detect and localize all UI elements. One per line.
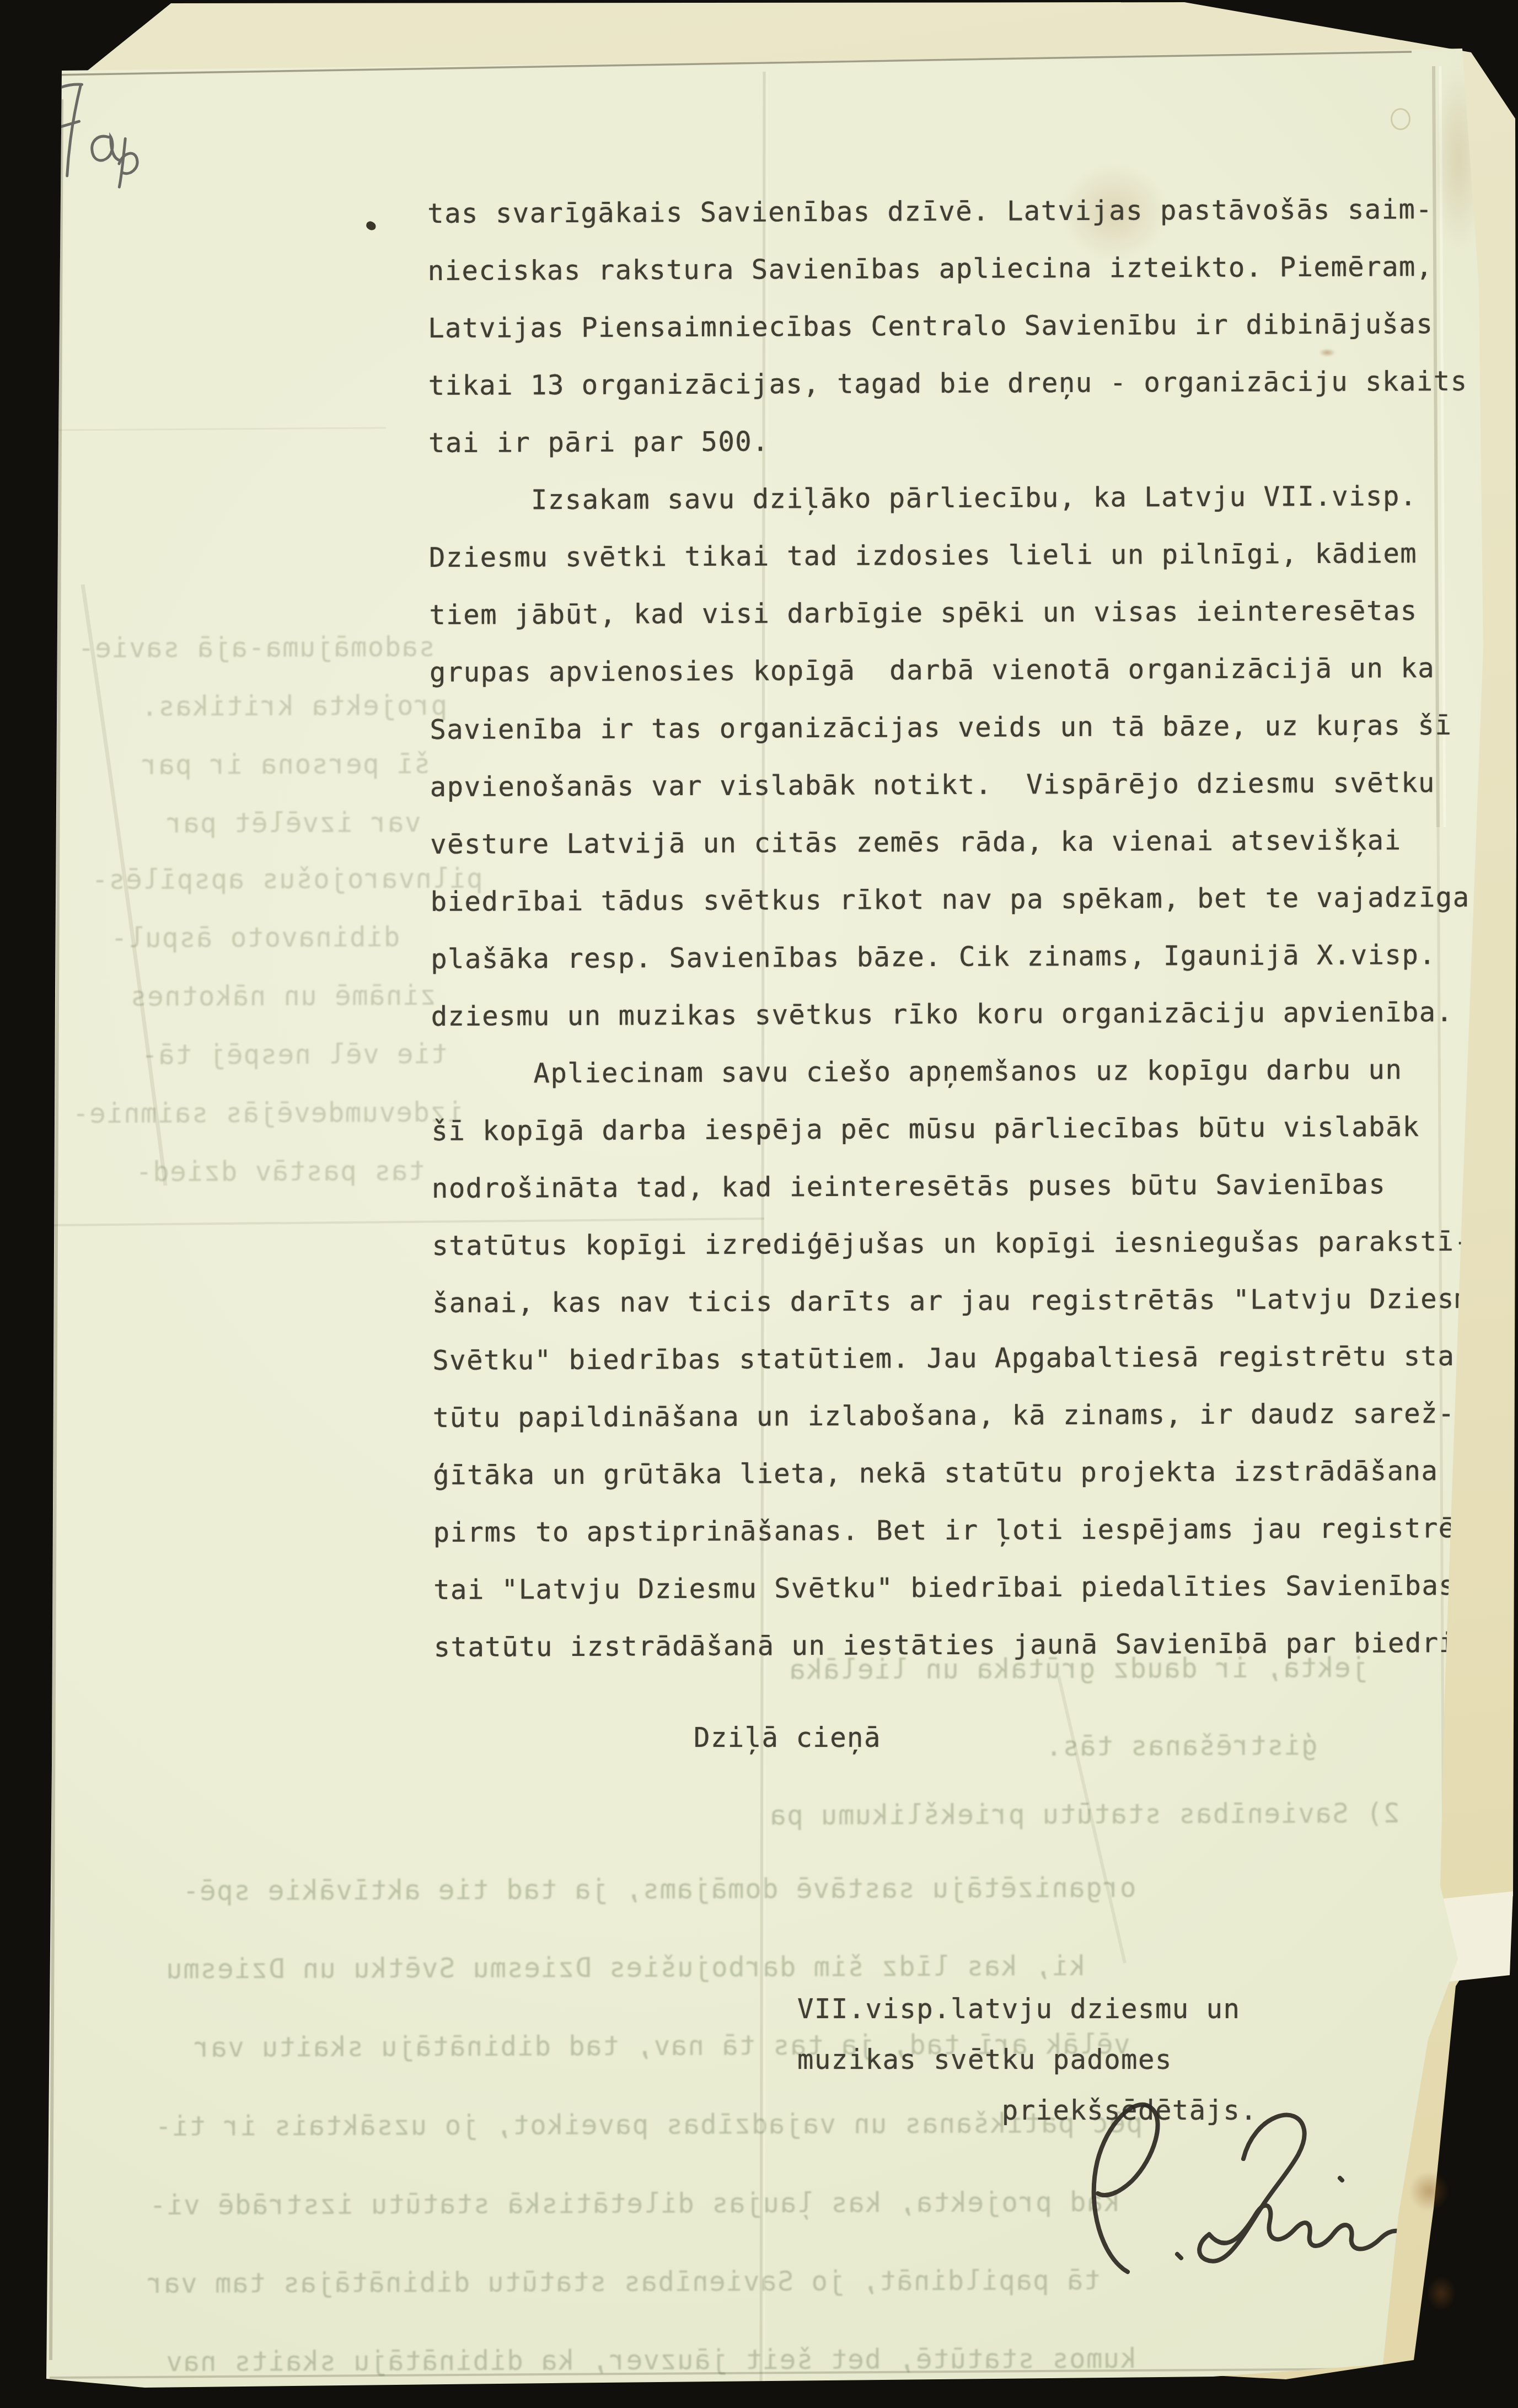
- typed-line: biedrībai tādus svētkus rīkot nav pa spē…: [430, 869, 1487, 931]
- letter-sheet: sadomājuma-ajā savie-projekta kritikas.š…: [0, 0, 1518, 2408]
- signoff-line: VII.visp.latvju dziesmu un: [797, 1984, 1257, 2035]
- typed-line: Apliecinam savu ciešo apņemšanos uz kopī…: [431, 1041, 1488, 1103]
- typed-line: ģītāka un grūtāka lieta, nekā statūtu pr…: [433, 1442, 1489, 1504]
- typed-line: nieciskas rakstura Savienības apliecina …: [427, 238, 1484, 300]
- bleedthrough-line: kumos statūtē, bet šeit jāuzver, ka dibi…: [165, 2343, 1137, 2378]
- typed-line: Dziesmu svētki tikai tad izdosies lieli …: [429, 525, 1485, 587]
- rust-stain: [1427, 2276, 1456, 2310]
- typed-line: statūtu izstrādāšanā un iestāties jaunā …: [433, 1615, 1490, 1676]
- bleedthrough-line: šī persona ir par: [141, 748, 431, 781]
- typed-line: apvienošanās var vislabāk notikt. Vispār…: [430, 754, 1487, 816]
- bleedthrough-line: izdevumdevējās saimnie-: [72, 1097, 464, 1129]
- typed-line: vēsture Latvijā un citās zemēs rāda, ka …: [430, 812, 1487, 873]
- bleedthrough-line: projekta kritikas.: [141, 690, 447, 722]
- bleedthrough-line: tas pastāv dzied-: [135, 1155, 425, 1188]
- bleedthrough-line: dibinavoto āspul-: [110, 921, 400, 954]
- pencil-corner-mark: [32, 66, 149, 203]
- typed-line: statūtus kopīgi izrediģējušas un kopīgi …: [432, 1213, 1488, 1275]
- typed-line: dziesmu un muzikas svētkus rīko koru org…: [431, 984, 1487, 1045]
- typed-line: Svētku" biedrības statūtiem. Jau Apgabal…: [432, 1328, 1489, 1390]
- bleedthrough-line: 2) Savienības statūtu priekšlikumu pa: [769, 1798, 1400, 1831]
- letter-body: tas svarīgākais Savienības dzīvē. Latvij…: [427, 181, 1490, 1676]
- typed-line: Izsakam savu dziļāko pārliecību, ka Latv…: [428, 468, 1485, 529]
- typed-line: grupas apvienosies kopīgā darbā vienotā …: [430, 640, 1486, 701]
- typed-line: tas svarīgākais Savienības dzīvē. Latvij…: [427, 181, 1484, 243]
- faint-ring-mark: [1391, 108, 1410, 130]
- typed-line: tikai 13 organizācijas, tagad bie dreņu …: [428, 353, 1484, 415]
- typed-line: plašāka resp. Savienības bāze. Cik zinam…: [431, 926, 1487, 988]
- signoff-block: VII.visp.latvju dziesmu unmuzikas svētku…: [797, 1984, 1257, 2136]
- typed-line: Latvijas Piensaimniecības Centralo Savie…: [428, 296, 1484, 357]
- bleedthrough-line: sadomājuma-ajā savie-: [77, 631, 435, 664]
- typed-line: tūtu papildināšana un izlabošana, kā zin…: [433, 1385, 1489, 1447]
- typed-line: tai ir pāri par 500.: [428, 410, 1485, 472]
- letter-closing: Dziļā cieņā: [694, 1709, 881, 1767]
- typed-line: Savienība ir tas organizācijas veids un …: [430, 697, 1486, 759]
- bleedthrough-line: organizētāju sastāvē domājams, ja tad ti…: [182, 1872, 1136, 1907]
- typed-line: nodrošināta tad, kad ieinteresētās puses…: [432, 1156, 1488, 1218]
- bleedthrough-line: ģistrēšanas tās.: [1045, 1730, 1318, 1762]
- typed-line: pirms to apstiprināšanas. Bet ir ļoti ie…: [433, 1500, 1489, 1562]
- typed-line: tai "Latvju Dziesmu Svētku" biedrībai pi…: [433, 1557, 1490, 1619]
- bleedthrough-line: tā papildināt, jo Savienības statūtu dib…: [146, 2265, 1101, 2299]
- signoff-line: muzikas svētku padomes: [797, 2035, 1257, 2085]
- bleedthrough-line: kad projekta, kas ļaujas diletātiskā sta…: [149, 2186, 1120, 2221]
- bleedthrough-line: ki, kas līdz šim darbojušies Dziesmu Svē…: [165, 1950, 1086, 1985]
- bleedthrough-line: var izvēlēt par: [165, 807, 421, 839]
- bleedthrough-line: pilnvarojošus apspīlēs-: [91, 863, 483, 895]
- signoff-line: priekšsēdētājs.: [797, 2085, 1257, 2136]
- bleedthrough-line: zināmē un nākotnes: [130, 980, 436, 1012]
- scanned-letter-page: sadomājuma-ajā savie-projekta kritikas.š…: [0, 0, 1518, 2408]
- dark-fleck: [365, 220, 378, 232]
- typed-line: šī kopīgā darba iespēja pēc mūsu pārliec…: [431, 1098, 1488, 1160]
- typed-line: šanai, kas nav ticis darīts ar jau regis…: [432, 1270, 1489, 1332]
- bleedthrough-line: tie vēl nespēj tā-: [141, 1038, 447, 1071]
- typed-line: tiem jābūt, kad visi darbīgie spēki un v…: [429, 582, 1485, 644]
